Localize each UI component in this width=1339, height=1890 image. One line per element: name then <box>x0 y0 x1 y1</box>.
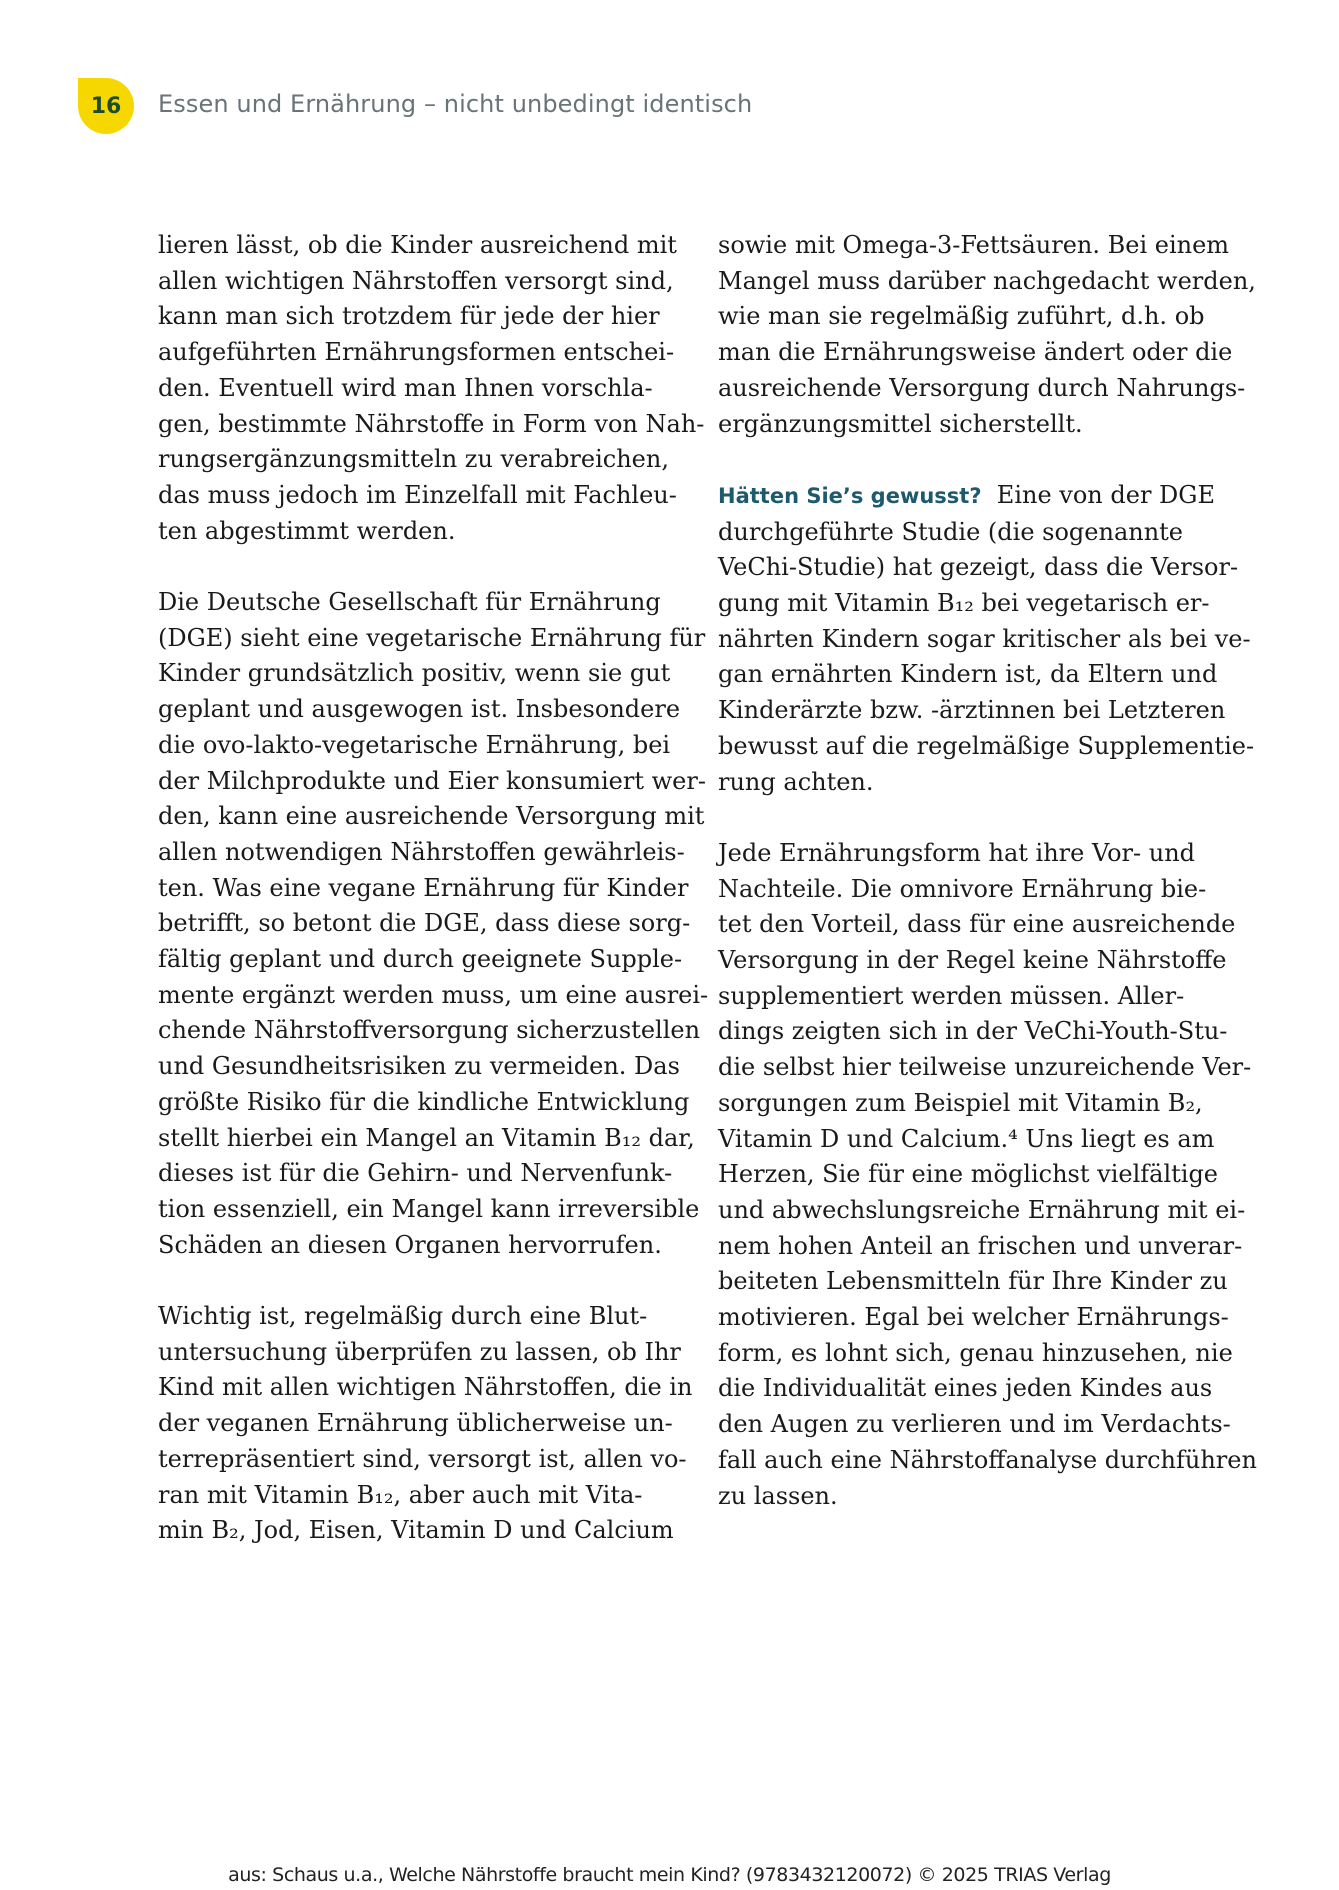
text-line: nem hohen Anteil an frischen und unverar… <box>718 1229 1228 1265</box>
text-line: Nachteile. Die omnivore Ernährung bie- <box>718 872 1228 908</box>
text-line: gan ernährten Kindern ist, da Eltern und <box>718 657 1228 693</box>
text-line: aufgeführten Ernährungsformen entschei- <box>158 335 668 371</box>
text-line: betrifft, so betont die DGE, dass diese … <box>158 906 668 942</box>
text-line: die Individualität eines jeden Kindes au… <box>718 1371 1228 1407</box>
text-line: und Gesundheitsrisiken zu vermeiden. Das <box>158 1049 668 1085</box>
text-line: stellt hierbei ein Mangel an Vitamin B₁₂… <box>158 1121 668 1157</box>
text-line: Jede Ernährungsform hat ihre Vor- und <box>718 836 1228 872</box>
callout-label: Hätten Sie’s gewusst? <box>718 484 982 508</box>
text-line: Vitamin D und Calcium.⁴ Uns liegt es am <box>718 1122 1228 1158</box>
did-you-know-callout: Hätten Sie’s gewusst? Eine von der DGE d… <box>718 478 1228 800</box>
text-line: dieses ist für die Gehirn- und Nervenfun… <box>158 1156 668 1192</box>
text-line: Kind mit allen wichtigen Nährstoffen, di… <box>158 1370 668 1406</box>
text-line: Hätten Sie’s gewusst? Eine von der DGE <box>718 478 1228 515</box>
text-line: Herzen, Sie für eine möglichst vielfälti… <box>718 1157 1228 1193</box>
text-line: tion essenziell, ein Mangel kann irrever… <box>158 1192 668 1228</box>
paragraph: lieren lässt, ob die Kinder ausreichend … <box>158 228 668 549</box>
text-line: Kinder grundsätzlich positiv, wenn sie g… <box>158 656 668 692</box>
running-title: Essen und Ernährung – nicht unbedingt id… <box>158 90 752 118</box>
text-line: wie man sie regelmäßig zuführt, d.h. ob <box>718 299 1228 335</box>
text-line: supplementiert werden müssen. Aller- <box>718 979 1228 1015</box>
text-line: Schäden an diesen Organen hervorrufen. <box>158 1228 668 1264</box>
text-line: sowie mit Omega-3-Fettsäuren. Bei einem <box>718 228 1228 264</box>
text-line: ran mit Vitamin B₁₂, aber auch mit Vita- <box>158 1478 668 1514</box>
page-number: 16 <box>91 94 122 119</box>
text-line: mente ergänzt werden muss, um eine ausre… <box>158 978 668 1014</box>
right-column: sowie mit Omega-3-Fettsäuren. Bei einem … <box>718 228 1228 1550</box>
text-line: fältig geplant und durch geeignete Suppl… <box>158 942 668 978</box>
copyright-footer: aus: Schaus u.a., Welche Nährstoffe brau… <box>0 1864 1339 1886</box>
text-line: Die Deutsche Gesellschaft für Ernährung <box>158 585 668 621</box>
text-line: dings zeigten sich in der VeChi-Youth-St… <box>718 1014 1228 1050</box>
text-line: lieren lässt, ob die Kinder ausreichend … <box>158 228 668 264</box>
text-line: Mangel muss darüber nachgedacht werden, <box>718 264 1228 300</box>
text-line: untersuchung überprüfen zu lassen, ob Ih… <box>158 1335 668 1371</box>
text-line: Wichtig ist, regelmäßig durch eine Blut- <box>158 1299 668 1335</box>
text-line: gung mit Vitamin B₁₂ bei vegetarisch er- <box>718 586 1228 622</box>
text-line: motivieren. Egal bei welcher Ernährungs- <box>718 1300 1228 1336</box>
text-line: allen notwendigen Nährstoffen gewährleis… <box>158 835 668 871</box>
text-line: durchgeführte Studie (die sogenannte <box>718 515 1228 551</box>
text-line: min B₂, Jod, Eisen, Vitamin D und Calciu… <box>158 1513 668 1549</box>
text-line: den. Eventuell wird man Ihnen vorschla- <box>158 371 668 407</box>
text-line: die ovo-lakto-vegetarische Ernährung, be… <box>158 728 668 764</box>
text-line: der Milchprodukte und Eier konsumiert we… <box>158 764 668 800</box>
text-line: beiteten Lebensmitteln für Ihre Kinder z… <box>718 1264 1228 1300</box>
text-line: man die Ernährungsweise ändert oder die <box>718 335 1228 371</box>
text-line: Kinderärzte bzw. -ärztinnen bei Letztere… <box>718 693 1228 729</box>
text-line: den, kann eine ausreichende Versorgung m… <box>158 799 668 835</box>
text-line: allen wichtigen Nährstoffen versorgt sin… <box>158 264 668 300</box>
text-line: Versorgung in der Regel keine Nährstoffe <box>718 943 1228 979</box>
paragraph: Jede Ernährungsform hat ihre Vor- und Na… <box>718 836 1228 1514</box>
left-column: lieren lässt, ob die Kinder ausreichend … <box>158 228 668 1585</box>
text-line: ausreichende Versorgung durch Nahrungs- <box>718 371 1228 407</box>
text-line: (DGE) sieht eine vegetarische Ernährung … <box>158 621 668 657</box>
paragraph: Wichtig ist, regelmäßig durch eine Blut-… <box>158 1299 668 1549</box>
callout-first-line: Eine von der DGE <box>997 481 1215 509</box>
text-line: tet den Vorteil, dass für eine ausreiche… <box>718 907 1228 943</box>
paragraph: Die Deutsche Gesellschaft für Ernährung … <box>158 585 668 1263</box>
text-line: ten. Was eine vegane Ernährung für Kinde… <box>158 871 668 907</box>
text-line: nährten Kindern sogar kritischer als bei… <box>718 622 1228 658</box>
text-line: sorgungen zum Beispiel mit Vitamin B₂, <box>718 1086 1228 1122</box>
text-line: form, es lohnt sich, genau hinzusehen, n… <box>718 1336 1228 1372</box>
text-line: den Augen zu verlieren und im Verdachts- <box>718 1407 1228 1443</box>
text-line: der veganen Ernährung üblicherweise un- <box>158 1406 668 1442</box>
page-number-badge: 16 <box>78 78 134 134</box>
text-line: ten abgestimmt werden. <box>158 514 668 550</box>
text-line: die selbst hier teilweise unzureichende … <box>718 1050 1228 1086</box>
text-line: terrepräsentiert sind, versorgt ist, all… <box>158 1442 668 1478</box>
text-line: größte Risiko für die kindliche Entwickl… <box>158 1085 668 1121</box>
text-line: rungsergänzungsmitteln zu verabreichen, <box>158 442 668 478</box>
text-line: geplant und ausgewogen ist. Insbesondere <box>158 692 668 728</box>
text-line: fall auch eine Nährstoffanalyse durchfüh… <box>718 1443 1228 1479</box>
text-line: zu lassen. <box>718 1479 1228 1515</box>
text-line: bewusst auf die regelmäßige Supplementie… <box>718 729 1228 765</box>
text-line: kann man sich trotzdem für jede der hier <box>158 299 668 335</box>
text-line: VeChi-Studie) hat gezeigt, dass die Vers… <box>718 550 1228 586</box>
text-line: chende Nährstoffversorgung sicherzustell… <box>158 1013 668 1049</box>
text-line: das muss jedoch im Einzelfall mit Fachle… <box>158 478 668 514</box>
text-line: und abwechslungsreiche Ernährung mit ei- <box>718 1193 1228 1229</box>
text-line: ergänzungsmittel sicherstellt. <box>718 407 1228 443</box>
paragraph: sowie mit Omega-3-Fettsäuren. Bei einem … <box>718 228 1228 442</box>
text-line: gen, bestimmte Nährstoffe in Form von Na… <box>158 407 668 443</box>
text-line: rung achten. <box>718 765 1228 801</box>
